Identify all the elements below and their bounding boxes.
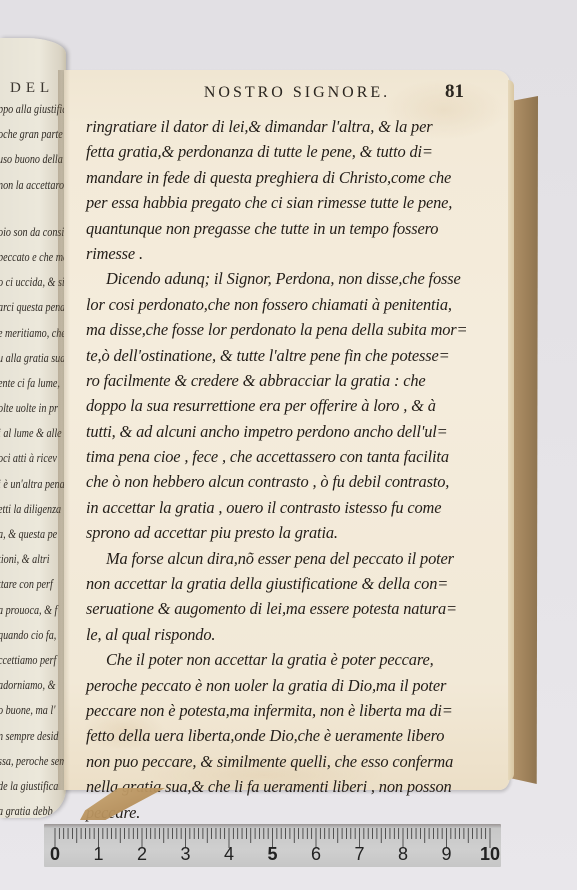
left-text-line: oci atti à ricev	[0, 445, 60, 470]
text-line: fetto della uera liberta,onde Dio,che è …	[86, 723, 498, 748]
text-line: quantunque non pregasse che tutte in un …	[86, 216, 498, 241]
text-line: Che il poter non accettar la gratia è po…	[86, 647, 498, 672]
text-line: lor cosi perdonato,che non fossero chiam…	[86, 292, 498, 317]
body-text: ringratiare il dator di lei,& dimandar l…	[86, 114, 498, 850]
left-text-line: a, & questa pe	[0, 521, 60, 546]
left-text-line: a prouoca, & f	[0, 597, 60, 622]
left-text-line: oio son da conside	[0, 219, 60, 244]
page-block-edge	[508, 80, 514, 780]
ruler-label: 10	[478, 844, 502, 864]
page-number: 81	[445, 81, 464, 103]
text-line: non accettar la gratia della giustificat…	[86, 571, 498, 596]
text-line: tima pena cioe , fece , che accettassero…	[86, 444, 498, 469]
left-text-line: de la giustifica	[0, 773, 60, 798]
left-text-line: uso buono della gr	[0, 146, 60, 171]
text-line: ma disse,che fosse lor perdonato la pena…	[86, 317, 498, 342]
left-running-head: DEL	[10, 80, 54, 97]
left-text-line: n sempre desid	[0, 723, 60, 748]
left-text-line: i al lume & alle	[0, 420, 60, 445]
left-page-text: ppo alla giustificatiooche gran parte de…	[0, 96, 66, 818]
left-text-line: arci questa pena,	[0, 294, 60, 319]
ruler-label: 5	[261, 844, 285, 864]
right-page: NOSTRO SIGNORE. 81 ringratiare il dator …	[64, 70, 510, 790]
text-line: in accettar la gratia , ouero il contras…	[86, 495, 498, 520]
left-text-line: ttare con perf	[0, 571, 60, 596]
text-line: ro facilmente & credere & abbracciar la …	[86, 368, 498, 393]
left-text-line: ppo alla giustificatio	[0, 96, 60, 121]
text-line: fetta gratia,& perdonanza di tutte le pe…	[86, 139, 498, 164]
left-text-line: etti la diligenza	[0, 496, 60, 521]
text-line: peccare non è potesta,ma infermita, non …	[86, 698, 498, 723]
left-text-line: u alla gratia sua	[0, 345, 60, 370]
text-line: le, al qual rispondo.	[86, 622, 498, 647]
text-line: che ò non hebbero alcun contrasto , ò fu…	[86, 469, 498, 494]
left-text-line: o buone, ma l'	[0, 697, 60, 722]
text-line: doppo la sua resurrettione era per offer…	[86, 393, 498, 418]
left-page: DEL ppo alla giustificatiooche gran part…	[0, 38, 66, 818]
left-text-line: i è un'altra pena,	[0, 471, 60, 496]
ruler-label: 9	[435, 844, 459, 864]
left-text-line: non la accettaron	[0, 172, 60, 197]
gutter-shadow	[58, 70, 70, 790]
text-line: tutti, & ad alcuni ancho impetro perdono…	[86, 419, 498, 444]
left-text-line: a gratia debb	[0, 798, 60, 818]
left-text-line: olte uolte in pr	[0, 395, 60, 420]
text-line: Ma forse alcun dira,nõ esser pena del pe…	[86, 546, 498, 571]
scale-ruler: 012345678910	[44, 824, 501, 867]
text-line: rimesse .	[86, 241, 498, 266]
text-line: sprono ad accettar piu presto la gratia.	[86, 520, 498, 545]
text-line: mandare in fede di questa preghiera di C…	[86, 165, 498, 190]
left-text-line: adorniamo, &	[0, 672, 60, 697]
left-text-line: ente ci fa lume,	[0, 370, 60, 395]
left-text-line: e meritiamo, che	[0, 320, 60, 345]
ruler-label: 8	[391, 844, 415, 864]
text-line: seruatione & augomento di lei,ma essere …	[86, 596, 498, 621]
ruler-label: 6	[304, 844, 328, 864]
left-text-line: oche gran parte de	[0, 121, 60, 146]
ruler-label: 1	[87, 844, 111, 864]
text-line: peroche peccato è non uoler la gratia di…	[86, 673, 498, 698]
left-text-line: ccettiamo perf	[0, 647, 60, 672]
text-line: non puo peccare, & similmente quelli, ch…	[86, 749, 498, 774]
left-text-line: quando cio fa,	[0, 622, 60, 647]
ruler-label: 3	[174, 844, 198, 864]
text-line: te,ò dell'ostinatione, & tutte l'altre p…	[86, 343, 498, 368]
text-line: per essa habbia pregato che ci sian rime…	[86, 190, 498, 215]
left-text-line	[0, 197, 60, 219]
left-text-line: tioni, & altri	[0, 546, 60, 571]
text-line: peccare.	[86, 800, 498, 825]
running-head: NOSTRO SIGNORE.	[152, 84, 442, 102]
left-text-line: peccato e che mero	[0, 244, 60, 269]
ruler-label: 2	[130, 844, 154, 864]
text-line: ringratiare il dator di lei,& dimandar l…	[86, 114, 498, 139]
ruler-label: 7	[348, 844, 372, 864]
ruler-label: 0	[43, 844, 67, 864]
ruler-label: 4	[217, 844, 241, 864]
left-text-line: o ci uccida, & si	[0, 269, 60, 294]
text-line: Dicendo adunq; il Signor, Perdona, non d…	[86, 266, 498, 291]
left-text-line: ssa, peroche sem	[0, 748, 60, 773]
